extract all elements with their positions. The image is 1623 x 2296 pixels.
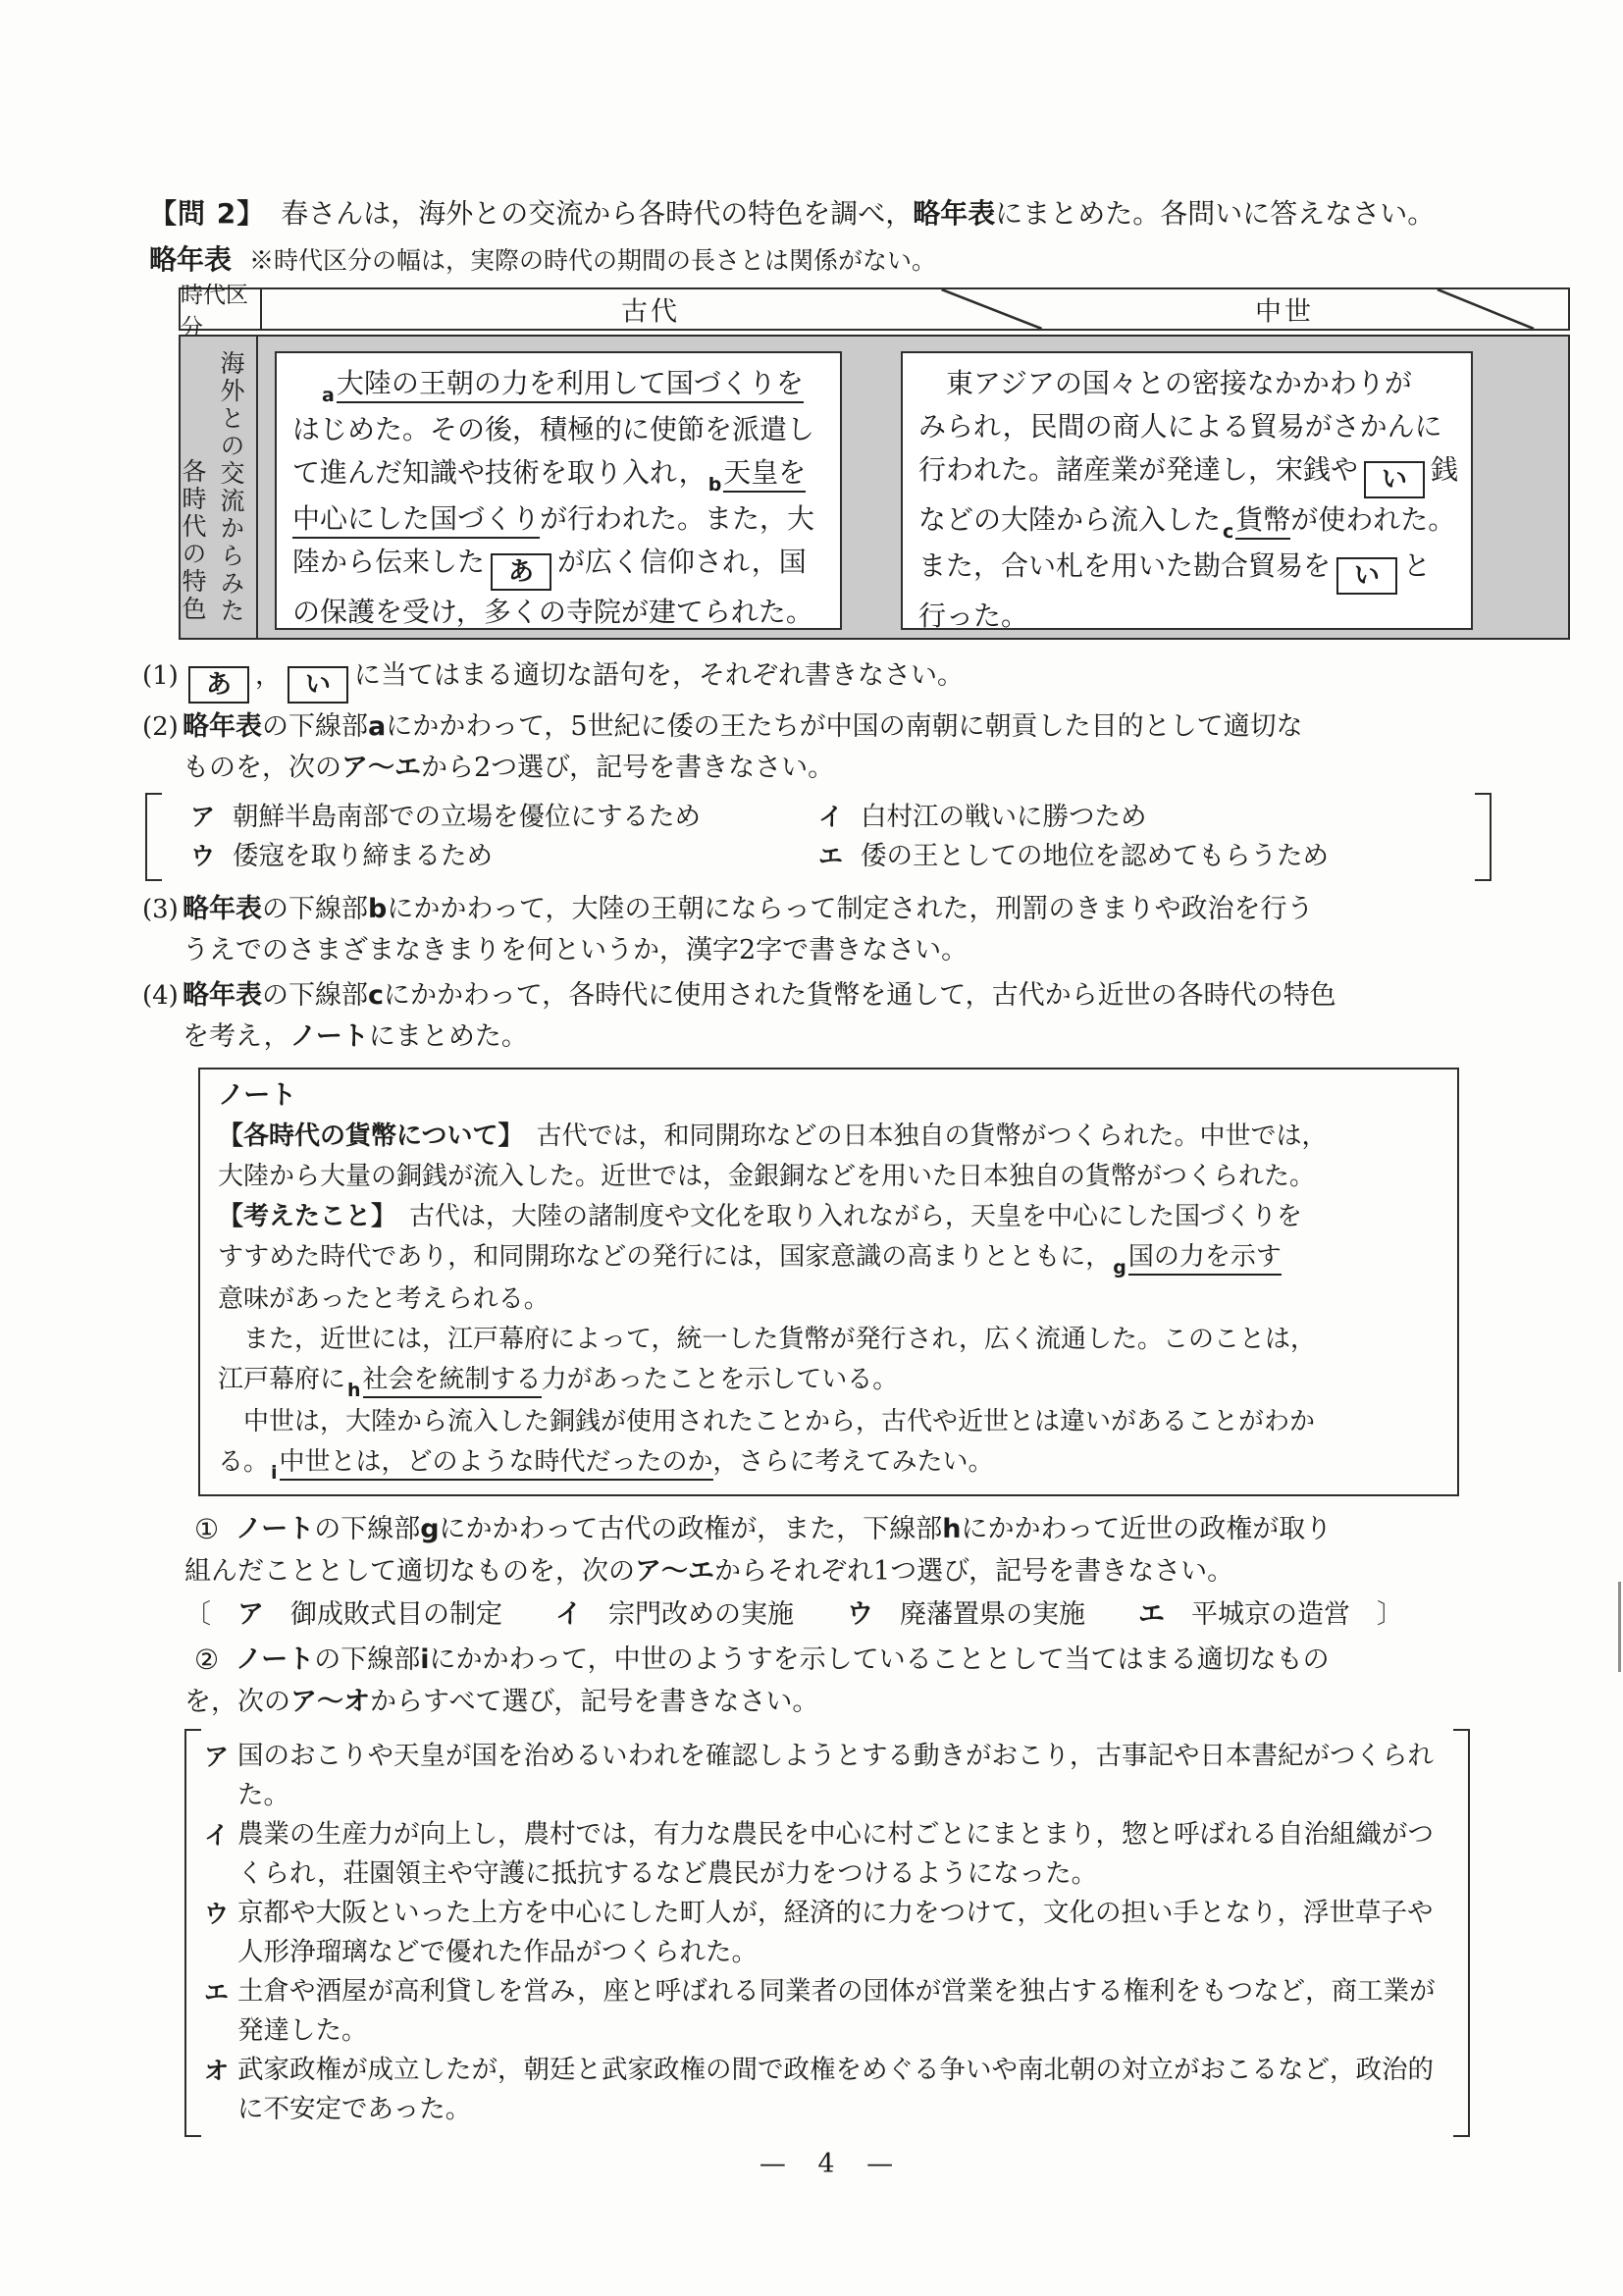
option-i: イ白村江の戦いに勝つため xyxy=(818,798,1472,837)
text-segment: ノート xyxy=(236,1644,314,1675)
exam-page: 【問 2】春さんは，海外との交流から各時代の特色を調べ，略年表にまとめた。各問い… xyxy=(0,0,1623,2296)
text-segment: 略年表 xyxy=(913,197,995,230)
text-segment: 大陸の王朝の力を利用して国づくりを xyxy=(337,367,804,403)
option-i: イ農業の生産力が向上し，農村では，有力な農民を中心に村ごとにまとまり，惣と呼ばれ… xyxy=(204,1815,1437,1894)
text-segment: 陸から伝来した xyxy=(292,546,485,578)
question-1-text: あ，いに当てはまる適切な語句を，それぞれ書きなさい。 xyxy=(183,655,1515,704)
row-header-vertical-label: 海外との交流からみた 各時代の特色 xyxy=(181,337,258,638)
text-segment: エ xyxy=(1138,1599,1165,1630)
text-segment: からすべて選び，記号を書きなさい。 xyxy=(370,1687,818,1717)
text-segment: h xyxy=(942,1514,961,1544)
text-line: 東アジアの国々との密接なかかわりが xyxy=(918,362,1455,405)
text-segment: ノート xyxy=(290,1021,369,1052)
option-text: 京都や大阪といった上方を中心にした町人が，経済的に力をつけて，文化の担い手となり… xyxy=(237,1894,1437,1972)
text-segment: にかかわって古代の政権が，また，下線部 xyxy=(440,1514,943,1544)
text-line: などの大陸から流入したc貨幣が使われた。 xyxy=(918,498,1455,545)
text-segment: の下線部 xyxy=(262,894,368,924)
text-segment: 春さんは，海外との交流から各時代の特色を調べ， xyxy=(281,197,913,230)
text-segment: b xyxy=(708,463,722,506)
question-2-options-grid: ア朝鮮半島南部での立場を優位にするため イ白村江の戦いに勝つため ウ倭寇を取り締… xyxy=(190,798,1472,876)
text-segment: ，さらに考えてみたい。 xyxy=(713,1447,994,1477)
question-header: 【問 2】春さんは，海外との交流から各時代の特色を調べ，略年表にまとめた。各問い… xyxy=(149,196,1515,232)
option-e: エ倭の王としての地位を認めてもらうため xyxy=(818,837,1472,876)
sub-question-2-line2: を，次のア～オからすべて選び，記号を書きなさい。 xyxy=(184,1681,1515,1723)
text-segment: 〔 xyxy=(184,1599,237,1630)
text-segment: イ xyxy=(555,1599,582,1630)
text-segment: すすめた時代であり，和同開珎などの発行には，国家意識の高まりとともに， xyxy=(218,1242,1111,1272)
text-segment: 大陸から大量の銅銭が流入した。近世では，金銀銅などを用いた日本独自の貨幣がつくら… xyxy=(218,1162,1315,1191)
text-line: 陸から伝来したあが広く信仰され，国 xyxy=(292,541,824,591)
text-segment: などの大陸から流入した xyxy=(918,503,1221,536)
text-segment: にかかわって，中世のようすを示していることとして当てはまる適切なもの xyxy=(429,1644,1329,1675)
era-divider-diagonals xyxy=(181,289,1568,329)
text-line: また，近世には，江戸幕府によって，統一した貨幣が発行され，広く流通した。このこと… xyxy=(218,1320,1440,1360)
text-segment: が行われた。また，大 xyxy=(540,502,814,535)
text-segment: c xyxy=(1223,510,1233,553)
text-line: また，合い札を用いた勘合貿易をいと xyxy=(918,545,1455,595)
option-text: 国のおこりや天皇が国を治めるいわれを確認しようとする動きがおこり，古事記や日本書… xyxy=(237,1737,1437,1815)
option-text: 農業の生産力が向上し，農村では，有力な農民を中心に村ごとにまとまり，惣と呼ばれる… xyxy=(237,1815,1437,1894)
text-segment: 国の力を示す xyxy=(1128,1242,1282,1276)
question-2-text-line1: 略年表の下線部aにかかわって，5世紀に倭の王たちが中国の南朝に朝貢した目的として… xyxy=(183,706,1515,748)
text-segment: にかかわって，各時代に使用された貨幣を通して，古代から近世の各時代の特色 xyxy=(384,980,1336,1011)
text-line: る。i中世とは，どのような時代だったのか，さらに考えてみたい。 xyxy=(218,1442,1440,1485)
text-line: 大陸から大量の銅銭が流入した。近世では，金銀銅などを用いた日本独自の貨幣がつくら… xyxy=(218,1157,1440,1197)
text-line: 江戸幕府にh社会を統制する力があったことを示している。 xyxy=(218,1360,1440,1402)
text-line: みられ，民間の商人による貿易がさかんに xyxy=(918,405,1455,448)
text-line: 中心にした国づくりが行われた。また，大 xyxy=(292,497,824,541)
option-letter: ア xyxy=(190,803,215,831)
note-body: 【各時代の貨幣について】 古代では，和同開珎などの日本独自の貨幣がつくられた。中… xyxy=(218,1117,1440,1485)
sub-question-1-line1: ノートの下線部gにかかわって古代の政権が，また，下線部hにかかわって近世の政権が… xyxy=(236,1508,1515,1550)
answer-placeholder-box: い xyxy=(288,666,348,704)
text-segment: 廃藩置県の実施 xyxy=(873,1599,1138,1630)
text-segment: g xyxy=(420,1514,439,1544)
text-segment: 銭 xyxy=(1431,453,1458,486)
text-line: 行われた。諸産業が発達し，宋銭やい銭 xyxy=(918,448,1455,498)
option-letter: イ xyxy=(818,803,843,831)
text-segment: 古代では，和同開珎などの日本独自の貨幣がつくられた。中世では， xyxy=(510,1122,1327,1151)
text-line: 【各時代の貨幣について】 古代では，和同開珎などの日本独自の貨幣がつくられた。中… xyxy=(218,1117,1440,1157)
timeline-table: 時代区分 古代 中世 海外との交流からみた 各時代の特色 a大陸の王朝の力を利用… xyxy=(179,287,1570,640)
text-segment: 古代は，大陸の諸制度や文化を取り入れながら，天皇を中心にした国づくりを xyxy=(384,1202,1302,1231)
text-segment: て進んだ知識や技術を取り入れ， xyxy=(292,456,707,489)
option-o: オ武家政権が成立したが，朝廷と武家政権の間で政権をめぐる争いや南北朝の対立がおこ… xyxy=(204,2051,1437,2129)
question-4: (4) 略年表の下線部cにかかわって，各時代に使用された貨幣を通して，古代から近… xyxy=(142,975,1515,1058)
option-text: 倭寇を取り締まるため xyxy=(233,841,493,871)
timeline-body-row: 海外との交流からみた 各時代の特色 a大陸の王朝の力を利用して国づくりをはじめた… xyxy=(179,335,1570,640)
option-text: 朝鮮半島南部での立場を優位にするため xyxy=(233,802,701,832)
option-text: 白村江の戦いに勝つため xyxy=(861,802,1147,832)
sub-question-2: ② ノートの下線部iにかかわって，中世のようすを示していることとして当てはまる適… xyxy=(194,1639,1515,1723)
option-u: ウ倭寇を取り締まるため xyxy=(190,837,818,876)
option-letter: オ xyxy=(204,2051,237,2129)
sub-question-1-line2: 組んだこととして適切なものを，次のア～エからそれぞれ1つ選び，記号を書きなさい。 xyxy=(184,1550,1515,1592)
text-segment: i xyxy=(271,1453,278,1493)
text-segment: の下線部 xyxy=(262,980,368,1011)
text-segment: a xyxy=(368,711,386,742)
text-segment: と xyxy=(1403,549,1431,582)
text-segment: る。 xyxy=(218,1447,269,1477)
text-segment: 【各時代の貨幣について】 xyxy=(218,1122,510,1151)
timeline-header-row: 時代区分 古代 中世 xyxy=(179,287,1570,331)
note-title: ノート xyxy=(218,1075,1440,1117)
text-segment: ， xyxy=(255,660,282,691)
text-segment: が使われた。 xyxy=(1290,503,1455,536)
option-a: ア朝鮮半島南部での立場を優位にするため xyxy=(190,798,818,837)
text-segment: の下線部 xyxy=(314,1644,420,1675)
question-2: (2) 略年表の下線部aにかかわって，5世紀に倭の王たちが中国の南朝に朝貢した目… xyxy=(142,706,1515,789)
option-letter: ウ xyxy=(190,842,215,870)
text-line: 中世は，大陸から流入した銅銭が使用されたことから，古代や近世とは違いがあることが… xyxy=(218,1402,1440,1442)
text-segment: 力があったことを示している。 xyxy=(542,1365,899,1394)
text-segment: 御成敗式目の制定 xyxy=(264,1599,555,1630)
text-segment: ア～エ xyxy=(341,753,421,783)
text-segment: 略年表 xyxy=(183,980,262,1011)
text-segment: 行われた。諸産業が発達し，宋銭や xyxy=(918,453,1358,486)
text-line: 【考えたこと】 古代は，大陸の諸制度や文化を取り入れながら，天皇を中心にした国づ… xyxy=(218,1197,1440,1237)
option-text: 土倉や酒屋が高利貸しを営み，座と呼ばれる同業者の団体が営業を独占する権利をもつな… xyxy=(237,1972,1437,2051)
page-number: — 4 — xyxy=(759,2149,893,2179)
text-segment: ものを，次の xyxy=(183,753,341,783)
text-segment: を，次の xyxy=(184,1687,290,1717)
page-footer: — 4 — xyxy=(137,2149,1515,2179)
text-segment: にまとめた。 xyxy=(369,1021,528,1052)
question-4-number: (4) xyxy=(142,975,179,1017)
text-line: すすめた時代であり，和同開珎などの発行には，国家意識の高まりとともに，g国の力を… xyxy=(218,1237,1440,1279)
row-header-line2: 各時代の特色 xyxy=(175,458,210,638)
question-2-options: ア朝鮮半島南部での立場を優位にするため イ白村江の戦いに勝つため ウ倭寇を取り締… xyxy=(145,793,1492,881)
option-a: ア国のおこりや天皇が国を治めるいわれを確認しようとする動きがおこり，古事記や日本… xyxy=(204,1737,1437,1815)
option-text: 倭の王としての地位を認めてもらうため xyxy=(861,841,1329,871)
text-segment: 社会を統制する xyxy=(363,1365,542,1398)
text-segment: 中世は，大陸から流入した銅銭が使用されたことから，古代や近世とは違いがあることが… xyxy=(218,1407,1315,1436)
question-1: (1) あ，いに当てはまる適切な語句を，それぞれ書きなさい。 xyxy=(142,655,1515,704)
text-segment: g xyxy=(1113,1248,1126,1288)
text-segment: c xyxy=(368,980,384,1011)
option-e: エ土倉や酒屋が高利貸しを営み，座と呼ばれる同業者の団体が営業を独占する権利をもつ… xyxy=(204,1972,1437,2051)
option-letter: エ xyxy=(204,1972,237,2051)
text-segment: 東アジアの国々との密接なかかわりが xyxy=(918,367,1412,399)
question-2-number: (2) xyxy=(142,706,179,748)
sub-question-1-number: ① xyxy=(194,1508,219,1550)
text-segment: 行った。 xyxy=(918,600,1028,632)
question-4-text-line1: 略年表の下線部cにかかわって，各時代に使用された貨幣を通して，古代から近世の各時… xyxy=(183,975,1515,1017)
text-line: の保護を受け，多くの寺院が建てられた。 xyxy=(292,591,824,634)
text-segment: 〕 xyxy=(1377,1599,1403,1630)
text-segment: 平城京の造営 xyxy=(1165,1599,1377,1630)
sub-question-2-options: ア国のおこりや天皇が国を治めるいわれを確認しようとする動きがおこり，古事記や日本… xyxy=(184,1729,1470,2137)
text-segment: の保護を受け，多くの寺院が建てられた。 xyxy=(292,596,813,628)
text-line: 意味があったと考えられる。 xyxy=(218,1279,1440,1320)
text-segment: の下線部 xyxy=(262,711,368,742)
question-3-number: (3) xyxy=(142,889,179,930)
text-segment: また，合い札を用いた勘合貿易を xyxy=(918,549,1331,582)
sub-question-1: ① ノートの下線部gにかかわって古代の政権が，また，下線部hにかかわって近世の政… xyxy=(194,1508,1515,1636)
text-segment: ア～エ xyxy=(635,1556,714,1587)
answer-placeholder-box: い xyxy=(1336,557,1397,595)
text-segment xyxy=(292,367,320,399)
option-letter: ウ xyxy=(204,1894,237,1972)
text-segment: ア～オ xyxy=(290,1687,370,1717)
sub-question-1-options: 〔 ア 御成敗式目の制定 イ 宗門改めの実施 ウ 廃藩置県の実施 エ 平城京の造… xyxy=(184,1593,1515,1636)
answer-placeholder-box: あ xyxy=(491,553,551,591)
option-text: 武家政権が成立したが，朝廷と武家政権の間で政権をめぐる争いや南北朝の対立がおこる… xyxy=(237,2051,1437,2129)
medieval-era-textbox: 東アジアの国々との密接なかかわりがみられ，民間の商人による貿易がさかんに行われた… xyxy=(901,351,1473,630)
text-line: a大陸の王朝の力を利用して国づくりを xyxy=(292,362,824,408)
question-number-tag: 【問 2】 xyxy=(149,197,265,230)
text-segment: ノート xyxy=(236,1514,314,1544)
text-segment: にかかわって，大陸の王朝にならって制定された，刑罰のきまりや政治を行う xyxy=(387,894,1313,924)
question-3-text-line2: うえでのさまざまなきまりを何というか，漢字2字で書きなさい。 xyxy=(183,930,1515,971)
text-segment: 意味があったと考えられる。 xyxy=(218,1284,550,1314)
scan-artifact-line xyxy=(1618,1582,1621,1672)
text-segment: 宗門改めの実施 xyxy=(582,1599,847,1630)
text-segment: が広く信仰され，国 xyxy=(557,546,807,578)
text-segment: にかかわって，5世紀に倭の王たちが中国の南朝に朝貢した目的として適切な xyxy=(386,711,1302,742)
question-3-text-line1: 略年表の下線部bにかかわって，大陸の王朝にならって制定された，刑罰のきまりや政治… xyxy=(183,889,1515,930)
note-box: ノート 【各時代の貨幣について】 古代では，和同開珎などの日本独自の貨幣がつくら… xyxy=(198,1068,1459,1496)
ancient-era-textbox: a大陸の王朝の力を利用して国づくりをはじめた。その後，積極的に使節を派遣して進ん… xyxy=(275,351,842,630)
text-segment: を考え， xyxy=(183,1021,290,1052)
text-segment: はじめた。その後，積極的に使節を派遣し xyxy=(292,413,814,445)
row-header-line1: 海外との交流からみた xyxy=(213,350,248,638)
answer-placeholder-box: い xyxy=(1364,461,1425,498)
question-3: (3) 略年表の下線部bにかかわって，大陸の王朝にならって制定された，刑罰のきま… xyxy=(142,889,1515,971)
text-segment: 中世とは，どのような時代だったのか xyxy=(280,1447,713,1481)
text-segment: 略年表 xyxy=(183,894,262,924)
text-segment: 【考えたこと】 xyxy=(218,1202,384,1231)
text-segment: から2つ選び，記号を書きなさい。 xyxy=(421,753,834,783)
text-segment: ア xyxy=(237,1599,264,1630)
sub-question-2-number: ② xyxy=(194,1639,219,1681)
text-segment: h xyxy=(347,1371,361,1411)
timeline-label: 略年表 xyxy=(149,243,232,276)
question-1-number: (1) xyxy=(142,655,179,697)
text-segment: うえでのさまざまなきまりを何というか，漢字2字で書きなさい。 xyxy=(183,935,968,965)
text-segment: みられ，民間の商人による貿易がさかんに xyxy=(918,410,1442,443)
text-segment: a xyxy=(322,374,335,417)
option-u: ウ京都や大阪といった上方を中心にした町人が，経済的に力をつけて，文化の担い手とな… xyxy=(204,1894,1437,1972)
sub-question-2-line1: ノートの下線部iにかかわって，中世のようすを示していることとして当てはまる適切な… xyxy=(236,1639,1515,1681)
text-line: て進んだ知識や技術を取り入れ，b天皇を xyxy=(292,451,824,497)
text-segment: にかかわって近世の政権が取り xyxy=(962,1514,1333,1544)
option-letter: エ xyxy=(818,842,843,870)
option-letter: イ xyxy=(204,1815,237,1894)
text-segment: 貨幣 xyxy=(1235,503,1290,540)
text-segment: 江戸幕府に xyxy=(218,1365,345,1394)
text-segment: 天皇を xyxy=(723,456,806,493)
timeline-note: ※時代区分の幅は，実際の時代の期間の長さとは関係がない。 xyxy=(249,246,936,275)
text-segment: に当てはまる適切な語句を，それぞれ書きなさい。 xyxy=(354,660,964,691)
option-letter: ア xyxy=(204,1737,237,1815)
answer-placeholder-box: あ xyxy=(188,666,249,704)
text-line: はじめた。その後，積極的に使節を派遣し xyxy=(292,408,824,451)
question-header-text: 春さんは，海外との交流から各時代の特色を調べ，略年表にまとめた。各問いに答えなさ… xyxy=(281,197,1435,230)
question-2-text-line2: ものを，次のア～エから2つ選び，記号を書きなさい。 xyxy=(183,748,1515,789)
text-segment: 中心にした国づくり xyxy=(292,502,540,539)
timeline-caption: 略年表※時代区分の幅は，実際の時代の期間の長さとは関係がない。 xyxy=(149,243,1515,278)
text-segment: 略年表 xyxy=(183,711,262,742)
text-segment: 組んだこととして適切なものを，次の xyxy=(184,1556,635,1587)
text-segment: からそれぞれ1つ選び，記号を書きなさい。 xyxy=(714,1556,1233,1587)
text-segment: また，近世には，江戸幕府によって，統一した貨幣が発行され，広く流通した。このこと… xyxy=(218,1325,1316,1354)
text-line: 行った。 xyxy=(918,595,1455,638)
question-4-text-line2: を考え，ノートにまとめた。 xyxy=(183,1017,1515,1058)
text-segment: b xyxy=(368,894,387,924)
text-segment: にまとめた。各問いに答えなさい。 xyxy=(995,197,1435,230)
text-segment: ウ xyxy=(847,1599,873,1630)
text-segment: の下線部 xyxy=(314,1514,420,1544)
